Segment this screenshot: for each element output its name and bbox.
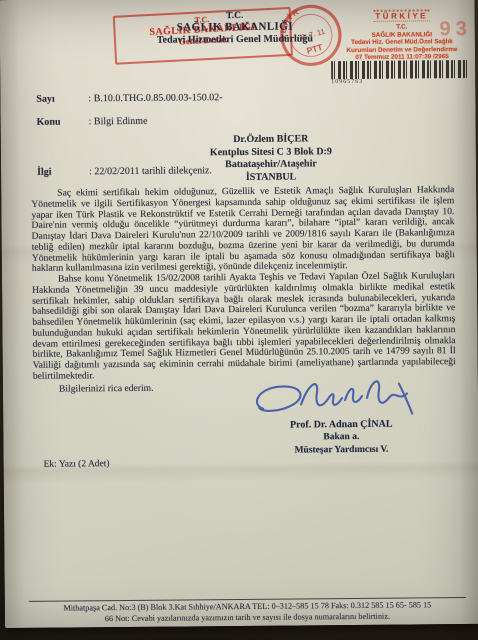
postage-meter-stamp: TÜRKİYE T.C. SAĞLIK BAKANLIĞI Tedavi Hiz… xyxy=(334,5,470,60)
attachment-note: Ek: Yazı (2 Adet) xyxy=(44,459,110,470)
photo-background: T.C. SAĞLIK BAKANLIĞI Genel Evrak T.C. S… xyxy=(0,0,478,640)
footer: Mithatpaşa Cad. No:3 (B) Blok 3.Kat Sıhh… xyxy=(29,597,466,625)
ilgi-row: İlgi : 22/02/2011 tarihli dilekçeniz. xyxy=(37,165,212,178)
handwritten-signature xyxy=(249,373,433,423)
konu-value: : Bilgi Edinme xyxy=(89,116,148,128)
signer-identity: Prof. Dr. Adnan ÇİNAL Bakan a. Müsteşar … xyxy=(249,417,433,458)
konu-row: Konu : Bilgi Edinme xyxy=(37,116,148,128)
sayi-row: Sayı : B.10.0.THG.0.85.00.03-150.02- xyxy=(36,92,222,105)
barcode-number: 10965763 xyxy=(331,78,469,85)
letterhead-ministry: SAĞLIK BAKANLIĞI xyxy=(130,20,340,34)
barcode-block: 10965763 xyxy=(331,60,469,85)
letterhead: T.C. SAĞLIK BAKANLIĞI Tedavi Hizmetleri … xyxy=(130,10,340,46)
konu-label: Konu xyxy=(37,116,89,127)
sayi-label: Sayı xyxy=(36,93,88,104)
letterhead-directorate: Tedavi Hizmetleri Genel Müdürlüğü xyxy=(130,33,340,46)
paragraph-2: Bahse konu Yönetmelik 15/02/2008 tarihli… xyxy=(32,271,456,382)
meter-brand: TÜRKİYE xyxy=(373,9,430,21)
ilgi-value: : 22/02/2011 tarihli dilekçeniz. xyxy=(89,165,212,177)
signature-block: Prof. Dr. Adnan ÇİNAL Bakan a. Müsteşar … xyxy=(249,373,434,458)
meter-counter-digits: 93 xyxy=(439,18,471,41)
sayi-value: : B.10.0.THG.0.85.00.03-150.02- xyxy=(88,92,222,104)
signer-title-2: Müsteşar Yardımcısı V. xyxy=(249,443,433,458)
letter-body: Saç ekimi sertifikalı hekim olduğunuz, G… xyxy=(31,185,456,395)
document-paper: T.C. SAĞLIK BAKANLIĞI Genel Evrak T.C. S… xyxy=(0,0,478,628)
addressee-block: Dr.Özlem BİÇER Kentplus Sitesi C 3 Blok … xyxy=(151,133,391,185)
paragraph-1: Saç ekimi sertifikalı hekim olduğunuz, G… xyxy=(31,185,455,275)
ilgi-label: İlgi xyxy=(37,166,89,177)
barcode xyxy=(331,60,469,79)
